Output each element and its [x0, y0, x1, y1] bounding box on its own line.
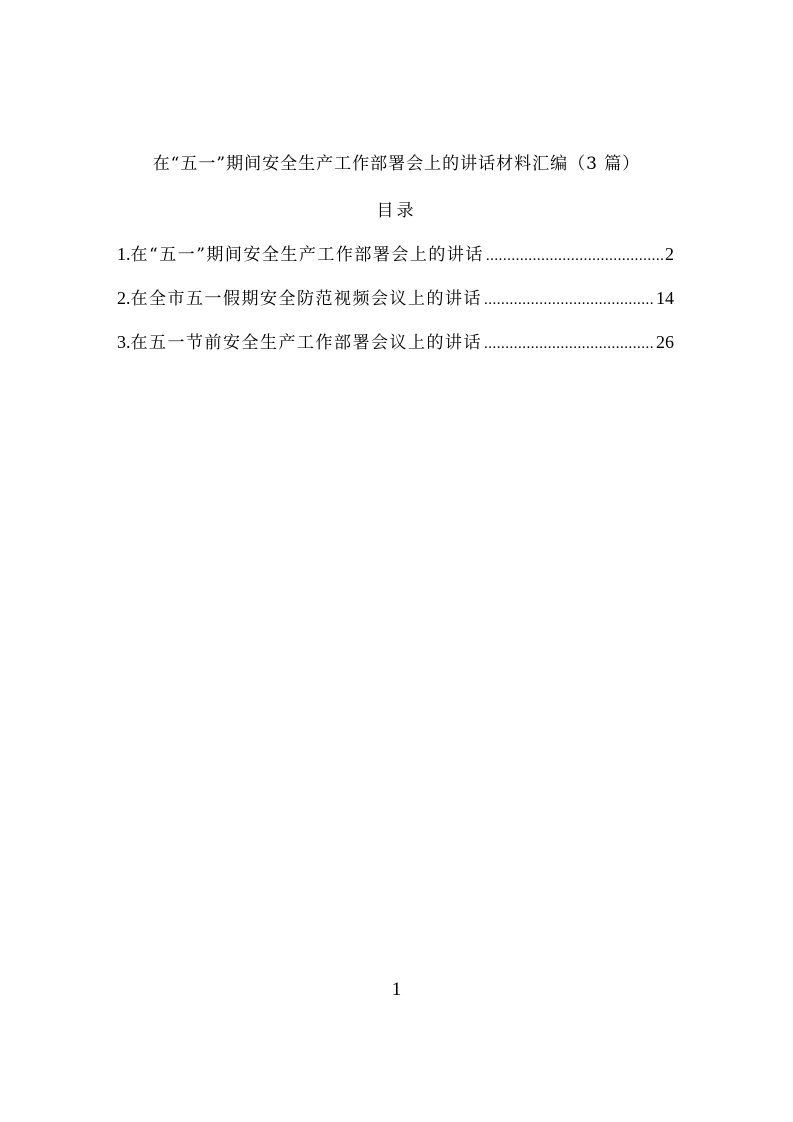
table-of-contents: 1. 在“五一”期间安全生产工作部署会上的讲话 2 2. 在全市五一假期安全防范… — [117, 242, 674, 374]
toc-dot-leader — [484, 288, 654, 312]
toc-entry-title: 在五一节前安全生产工作部署会议上的讲话 — [131, 331, 483, 355]
toc-dot-leader — [484, 332, 654, 356]
toc-entry-page: 26 — [656, 330, 674, 354]
toc-heading: 目录 — [0, 199, 793, 223]
toc-entry-number: 2. — [117, 286, 131, 310]
toc-entry-title: 在“五一”期间安全生产工作部署会上的讲话 — [131, 243, 484, 267]
toc-entry-3[interactable]: 3. 在五一节前安全生产工作部署会议上的讲话 26 — [117, 330, 674, 354]
toc-entry-page: 2 — [665, 242, 674, 266]
document-title: 在“五一”期间安全生产工作部署会上的讲话材料汇编（3 篇） — [0, 152, 793, 176]
toc-entry-number: 1. — [117, 242, 131, 266]
toc-entry-1[interactable]: 1. 在“五一”期间安全生产工作部署会上的讲话 2 — [117, 242, 674, 266]
toc-entry-title: 在全市五一假期安全防范视频会议上的讲话 — [131, 287, 483, 311]
toc-dot-leader — [486, 244, 663, 268]
page-number: 1 — [0, 978, 793, 1002]
document-page: 在“五一”期间安全生产工作部署会上的讲话材料汇编（3 篇） 目录 1. 在“五一… — [0, 0, 793, 1122]
toc-entry-number: 3. — [117, 330, 131, 354]
toc-entry-page: 14 — [656, 286, 674, 310]
toc-entry-2[interactable]: 2. 在全市五一假期安全防范视频会议上的讲话 14 — [117, 286, 674, 310]
